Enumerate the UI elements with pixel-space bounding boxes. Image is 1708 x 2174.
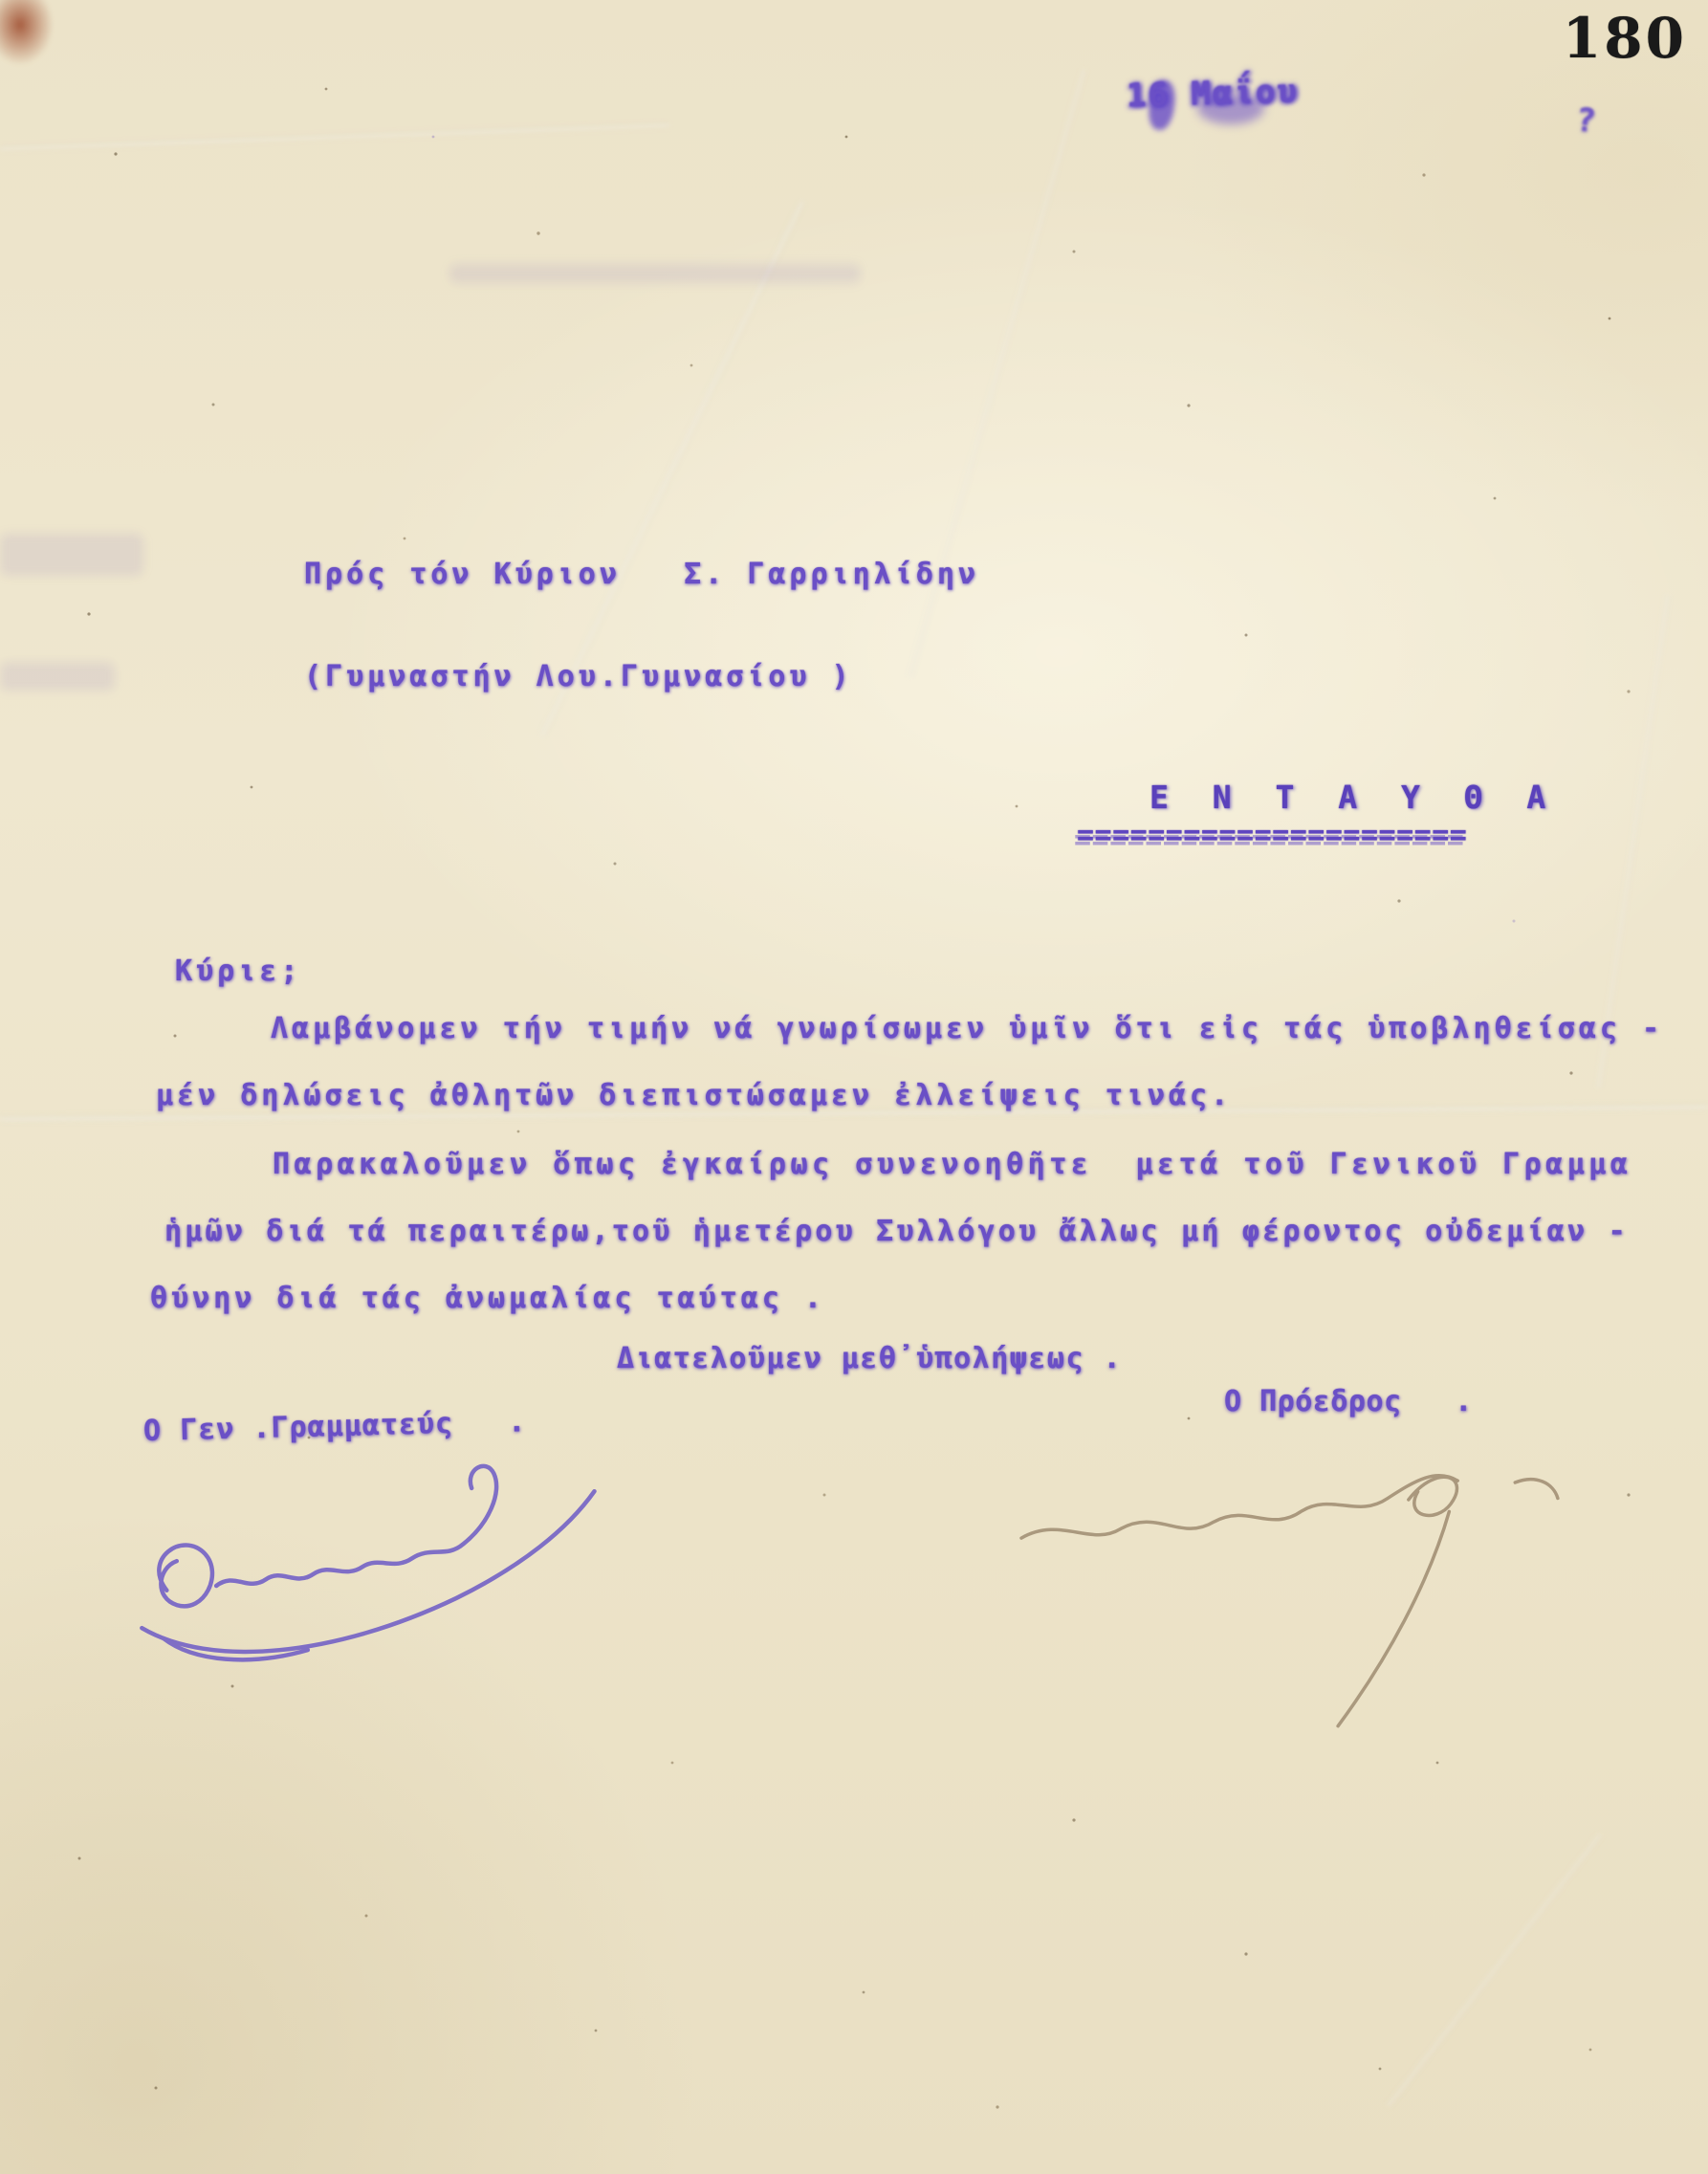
- stray-ink-mark: ?: [1574, 100, 1598, 141]
- body-line: θύνην διά τάς ἀνωμαλίας ταύτας .: [150, 1282, 825, 1315]
- salutation: Κύριε;: [175, 955, 301, 988]
- scanned-letter-page: { "page": { "number": "180", "date_stamp…: [0, 0, 1708, 2174]
- ghost-impression: [449, 264, 861, 283]
- body-line: ἡμῶν διά τά περαιτέρω,τοῦ ἡμετέρου Συλλό…: [164, 1215, 1629, 1248]
- heading-underline: ======================: [1077, 819, 1467, 852]
- body-line: Παρακαλοῦμεν ὅπως ἐγκαίρως συνενοηθῆτε μ…: [273, 1148, 1631, 1181]
- body-line: μέν δηλώσεις ἀθλητῶν διεπιστώσαμεν ἐλλεί…: [156, 1079, 1232, 1112]
- ghost-impression: [0, 662, 115, 691]
- body-line: Λαμβάνομεν τήν τιμήν νά γνωρίσωμεν ὑμῖν …: [271, 1012, 1663, 1045]
- recipient-line: Πρός τόν Κύριον Σ. Γαρριηλίδην: [304, 558, 979, 591]
- paper-background: 180 16 Μαΐου ? Πρός τόν Κύριον Σ. Γαρριη…: [0, 0, 1708, 2174]
- page-number: 180: [1563, 6, 1687, 71]
- secretary-signature: [117, 1449, 683, 1707]
- paper-crease: [1387, 1834, 1603, 2108]
- president-title: Ο Πρόεδρος .: [1224, 1385, 1473, 1418]
- recipient-title-line: (Γυμναστήν Λου.Γυμνασίου ): [304, 660, 853, 693]
- secretary-title: Ο Γεν .Γραμματεύς .: [143, 1405, 527, 1448]
- ghost-impression: [0, 534, 143, 576]
- location-heading: Ε Ν Τ Α Υ Θ Α: [1150, 779, 1558, 816]
- corner-stain: [0, 0, 54, 65]
- president-signature: [997, 1424, 1601, 1750]
- paper-crease: [0, 122, 669, 151]
- paper-specks: [0, 0, 2, 2]
- date-stamp: 16 Μαΐου: [1127, 73, 1300, 116]
- closing-line: Διατελοῦμεν μεθ᾽ὑπολήψεως .: [617, 1342, 1122, 1375]
